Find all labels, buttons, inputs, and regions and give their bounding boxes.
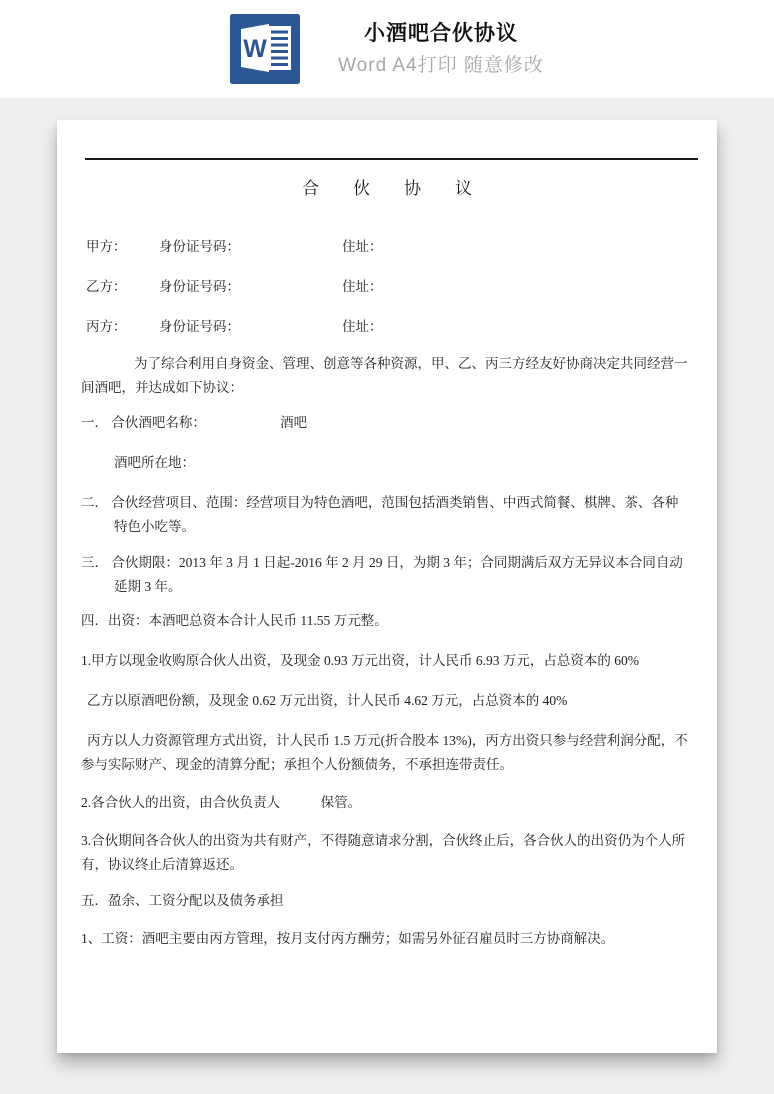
doc-line: 1、工资：酒吧主要由丙方管理，按月支付丙方酬劳；如需另外征召雇员时三方协商解决。	[81, 930, 614, 948]
party-id-label: 身份证号码：	[159, 275, 240, 295]
svg-text:W: W	[243, 35, 267, 63]
header-text: 小酒吧合伙协议 Word A4打印 随意修改	[338, 20, 544, 77]
party-address-label: 住址：	[342, 235, 383, 255]
party-address-label: 住址：	[342, 315, 383, 335]
doc-line: 三． 合伙期限：2013 年 3 月 1 日起-2016 年 2 月 29 日，…	[81, 554, 683, 572]
doc-line: 2.各合伙人的出资，由合伙负责人 保管。	[81, 794, 361, 812]
doc-line: 3.合伙期间各合伙人的出资为共有财产，不得随意请求分割，合伙终止后，各合伙人的出…	[81, 832, 685, 850]
doc-line: 延期 3 年。	[114, 578, 182, 596]
template-subtitle: Word A4打印 随意修改	[338, 55, 544, 78]
word-icon: W	[230, 14, 300, 84]
doc-line: 二． 合伙经营项目、范围：经营项目为特色酒吧，范围包括酒类销售、中西式简餐、棋牌…	[81, 494, 678, 512]
template-title: 小酒吧合伙协议	[364, 20, 518, 48]
doc-line: 四．出资：本酒吧总资本合计人民币 11.55 万元整。	[81, 612, 388, 630]
header: W 小酒吧合伙协议 Word A4打印 随意修改	[0, 0, 774, 98]
party-name-label: 甲方：	[86, 235, 127, 255]
page-root: { "header": { "title": "小酒吧合伙协议", "subti…	[0, 0, 774, 1094]
doc-line: 特色小吃等。	[114, 518, 195, 536]
document-page: 合 伙 协 议 甲方： 身份证号码： 住址： 乙方： 身份证号码： 住址： 丙方…	[57, 120, 717, 1053]
document-title: 合 伙 协 议	[57, 174, 717, 199]
party-id-label: 身份证号码：	[159, 315, 240, 335]
party-row-bingfang: 丙方： 身份证号码： 住址：	[57, 315, 717, 333]
doc-line: 1.甲方以现金收购原合伙人出资，及现金 0.93 万元出资，计人民币 6.93 …	[81, 652, 639, 670]
party-name-label: 丙方：	[86, 315, 127, 335]
doc-line: 参与实际财产、现金的清算分配；承担个人份额债务，不承担连带责任。	[81, 756, 513, 774]
doc-line: 一． 合伙酒吧名称： 酒吧	[81, 414, 307, 432]
party-name-label: 乙方：	[86, 275, 127, 295]
doc-line: 丙方以人力资源管理方式出资，计人民币 1.5 万元(折合股本 13%)，丙方出资…	[87, 732, 688, 750]
doc-line: 为了综合利用自身资金、管理、创意等各种资源，甲、乙、丙三方经友好协商决定共同经营…	[134, 355, 688, 373]
party-row-yifang: 乙方： 身份证号码： 住址：	[57, 275, 717, 293]
doc-line: 五．盈余、工资分配以及债务承担	[81, 892, 284, 910]
party-id-label: 身份证号码：	[159, 235, 240, 255]
doc-line: 酒吧所在地：	[114, 454, 195, 472]
doc-line: 乙方以原酒吧份额，及现金 0.62 万元出资，计人民币 4.62 万元，占总资本…	[87, 692, 567, 710]
header-rule	[85, 158, 698, 160]
doc-line: 有，协议终止后清算返还。	[81, 856, 243, 874]
party-row-jiafang: 甲方： 身份证号码： 住址：	[57, 235, 717, 253]
party-address-label: 住址：	[342, 275, 383, 295]
doc-line: 间酒吧，并达成如下协议：	[81, 379, 243, 397]
